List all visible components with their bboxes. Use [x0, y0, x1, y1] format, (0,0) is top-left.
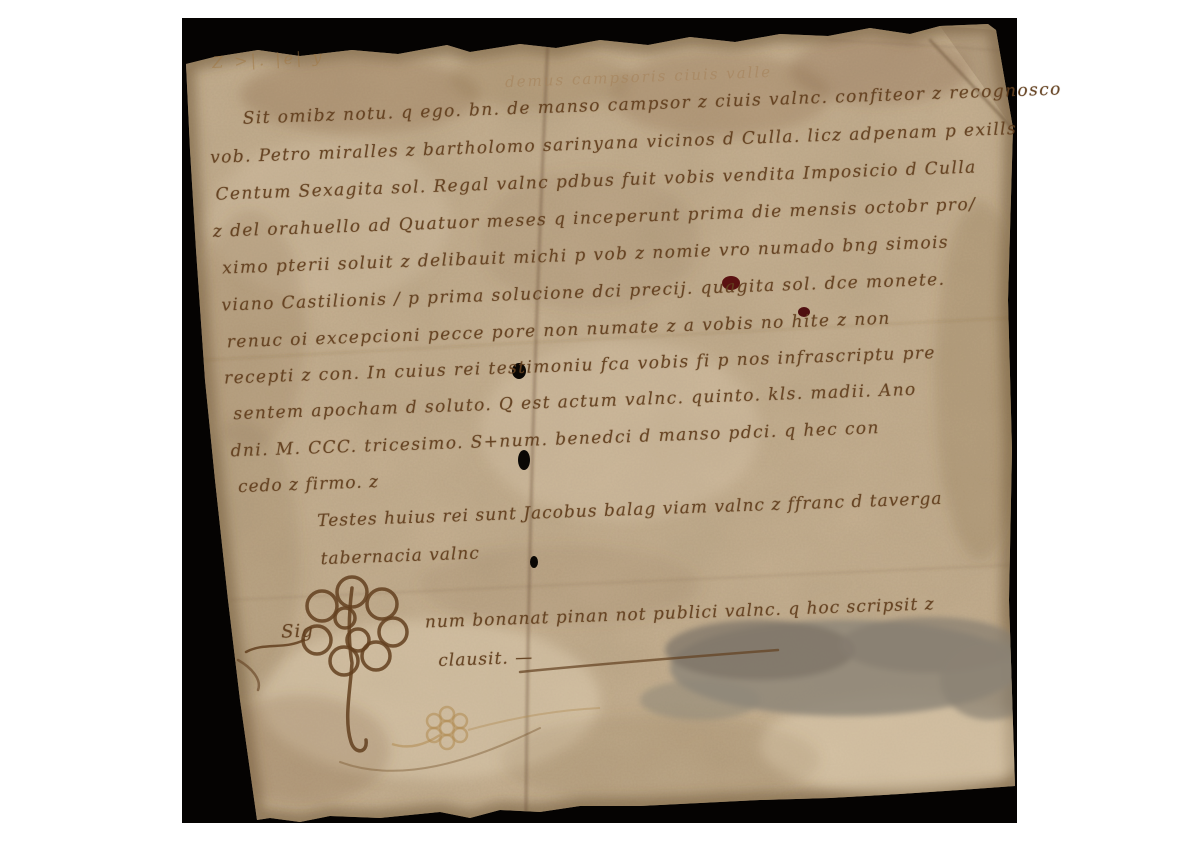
photo-canvas: Z >|. |e| y demus campsoris ciuis valle …: [0, 0, 1200, 848]
parchment-photo-svg: [0, 0, 1200, 848]
gray-smudge: [640, 617, 1040, 720]
